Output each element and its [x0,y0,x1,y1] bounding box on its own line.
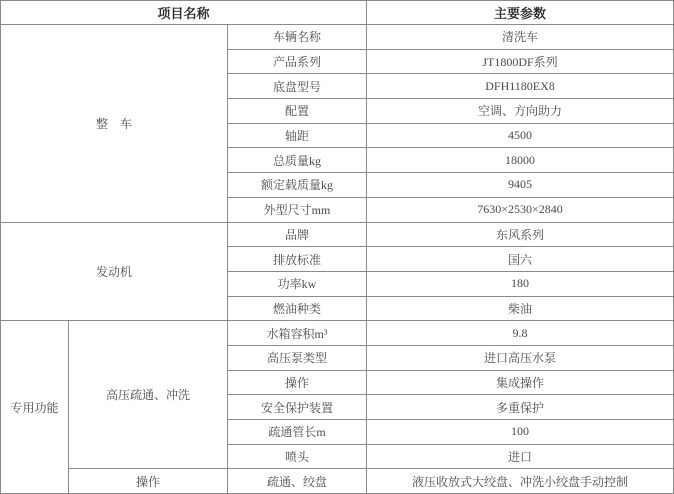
row-value: 进口高压水泵 [367,345,674,370]
row-value: DFH1180EX8 [367,74,674,99]
row-value: 9405 [367,173,674,198]
header-main-params: 主要参数 [367,1,674,25]
row-value: 9.8 [367,321,674,346]
row-value: 东风系列 [367,222,674,247]
header-project-name: 项目名称 [1,1,367,25]
row-value: 7630×2530×2840 [367,197,674,222]
row-value: 18000 [367,148,674,173]
table-row: 操作 疏通、绞盘 液压收放式大绞盘、冲洗小绞盘手动控制 [1,469,674,494]
subgroup-operation: 操作 [69,469,228,494]
table-row: 发动机 品牌 东风系列 [1,222,674,247]
row-label: 配置 [228,99,367,124]
row-label: 疏通、绞盘 [228,469,367,494]
row-label: 产品系列 [228,49,367,74]
row-label: 疏通管长m [228,420,367,445]
row-label: 排放标准 [228,247,367,272]
row-label: 品牌 [228,222,367,247]
row-label: 燃油种类 [228,296,367,321]
row-value: 集成操作 [367,370,674,395]
row-value: 180 [367,271,674,296]
row-value: 国六 [367,247,674,272]
row-label: 安全保护装置 [228,395,367,420]
row-value: 4500 [367,123,674,148]
table-row: 整 车 车辆名称 清洗车 [1,25,674,50]
spec-sheet-page: 项目名称 主要参数 整 车 车辆名称 清洗车 产品系列 JT1800DF系列 底… [0,0,674,494]
row-value: 多重保护 [367,395,674,420]
row-value: 100 [367,420,674,445]
table-header-row: 项目名称 主要参数 [1,1,674,25]
row-value: 液压收放式大绞盘、冲洗小绞盘手动控制 [367,469,674,494]
row-label: 功率kw [228,271,367,296]
row-label: 操作 [228,370,367,395]
row-value: 柴油 [367,296,674,321]
group-whole-vehicle: 整 车 [1,25,228,223]
row-label: 高压泵类型 [228,345,367,370]
group-engine: 发动机 [1,222,228,321]
row-label: 外型尺寸mm [228,197,367,222]
row-label: 额定载质量kg [228,173,367,198]
row-label: 总质量kg [228,148,367,173]
row-value: JT1800DF系列 [367,49,674,74]
row-label: 水箱容积m³ [228,321,367,346]
row-label: 轴距 [228,123,367,148]
group-special-functions: 专用功能 [1,321,69,494]
row-value: 清洗车 [367,25,674,50]
vehicle-spec-table: 项目名称 主要参数 整 车 车辆名称 清洗车 产品系列 JT1800DF系列 底… [0,0,674,494]
row-label: 喷头 [228,444,367,469]
row-label: 车辆名称 [228,25,367,50]
row-label: 底盘型号 [228,74,367,99]
table-row: 专用功能 高压疏通、冲洗 水箱容积m³ 9.8 [1,321,674,346]
row-value: 进口 [367,444,674,469]
subgroup-high-pressure-dredge-flush: 高压疏通、冲洗 [69,321,228,469]
row-value: 空调、方向助力 [367,99,674,124]
